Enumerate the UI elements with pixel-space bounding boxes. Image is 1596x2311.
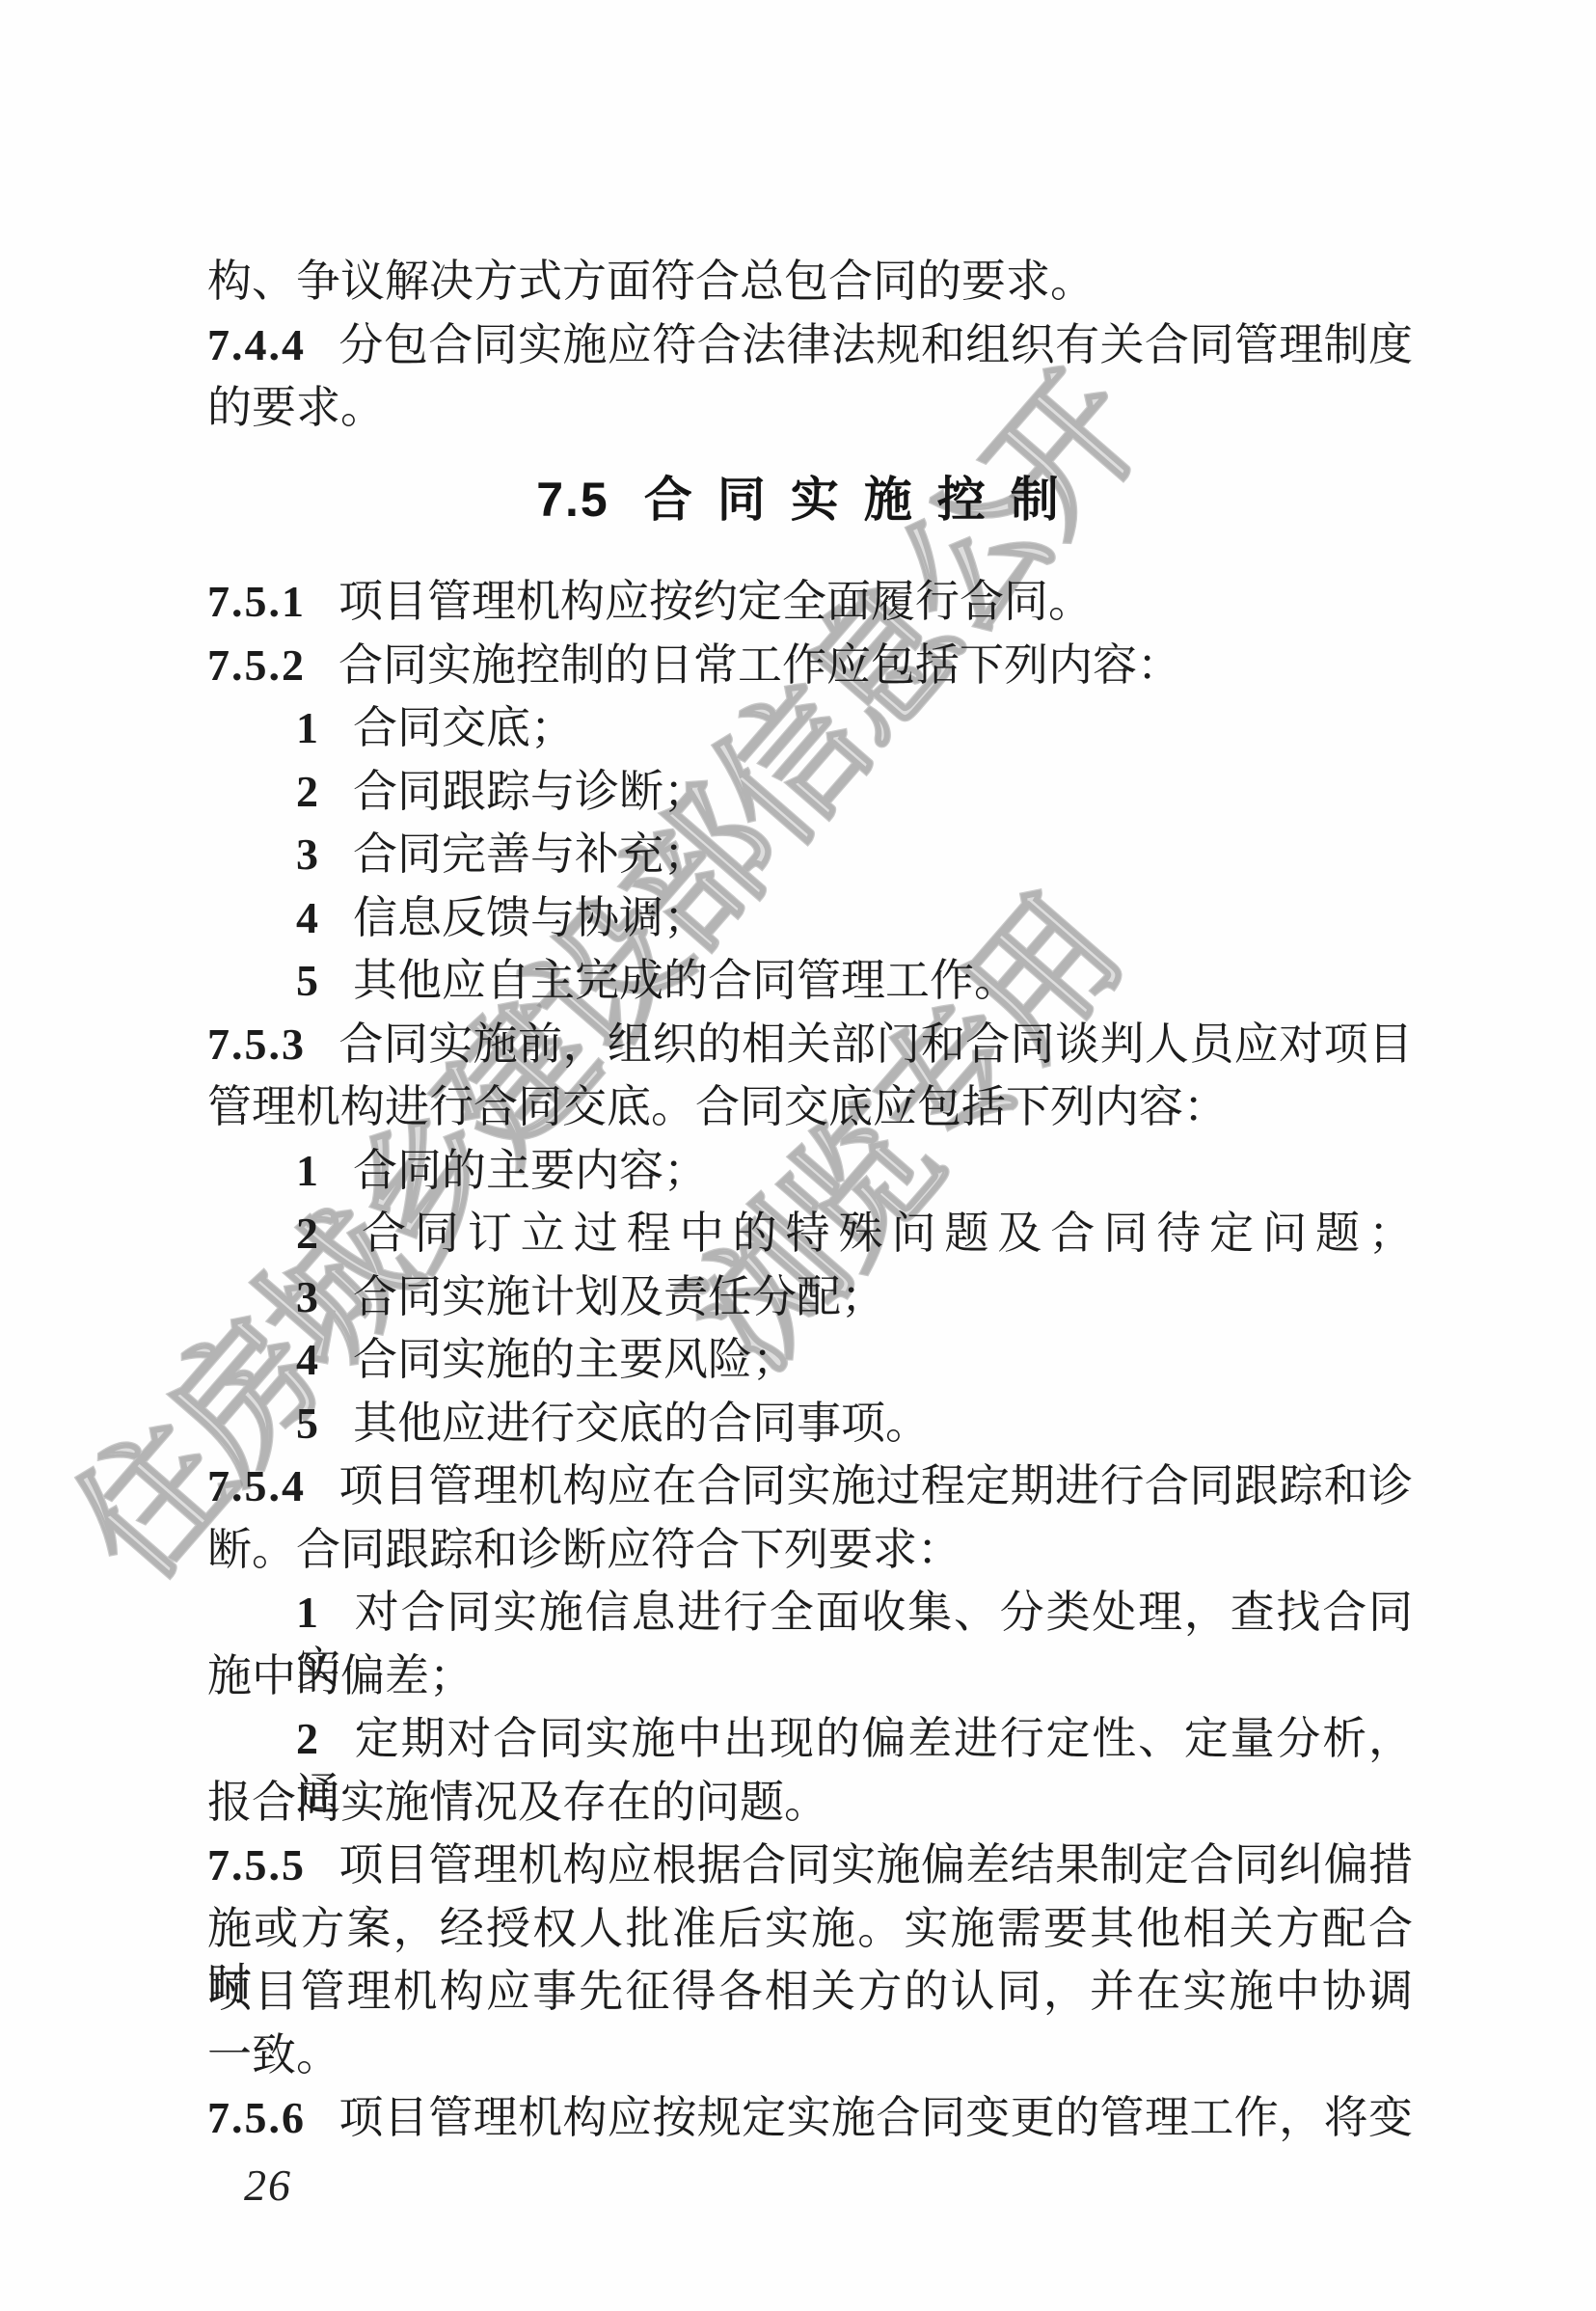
- page-number: 26: [244, 2159, 292, 2213]
- line-text: 合同实施控制的日常工作应包括下列内容：: [338, 640, 1181, 690]
- list-item-line: 3合同完善与补充；: [296, 827, 1413, 883]
- continuation-line: 构、争议解决方式方面符合总包合同的要求。: [207, 254, 1413, 310]
- line-text: 管理机构进行合同交底。合同交底应包括下列内容：: [207, 1082, 1228, 1131]
- clause-number: 7.5.6: [207, 2093, 306, 2142]
- item-number: 4: [296, 1335, 320, 1384]
- item-number: 5: [296, 1399, 320, 1448]
- item-number: 2: [296, 767, 320, 816]
- line-text: 断。合同跟踪和诊断应符合下列要求：: [207, 1525, 961, 1574]
- continuation-line: 断。合同跟踪和诊断应符合下列要求：: [207, 1522, 1413, 1578]
- line-text: 构、争议解决方式方面符合总包合同的要求。: [207, 257, 1095, 306]
- item-number: 1: [296, 1588, 320, 1637]
- item-number: 1: [296, 1146, 320, 1195]
- line-text: 施中的偏差；: [207, 1651, 473, 1700]
- clause-number: 7.5.4: [207, 1461, 306, 1510]
- clause-line: 7.5.6项目管理机构应按规定实施合同变更的管理工作，将变: [207, 2090, 1413, 2146]
- line-text: 分包合同实施应符合法律法规和组织有关合同管理制度: [338, 320, 1413, 369]
- continuation-line: 施中的偏差；: [207, 1648, 1413, 1704]
- line-text: 一致。: [207, 2030, 340, 2080]
- clause-line: 7.5.5项目管理机构应根据合同实施偏差结果制定合同纠偏措: [207, 1837, 1413, 1893]
- clause-line: 7.5.3合同实施前，组织的相关部门和合同谈判人员应对项目: [207, 1017, 1413, 1073]
- list-item-line: 2合同跟踪与诊断；: [296, 764, 1413, 820]
- line-text: 合同实施的主要风险；: [353, 1335, 797, 1384]
- line-text: 报合同实施情况及存在的问题。: [207, 1778, 828, 1827]
- list-item-line: 5其他应自主完成的合同管理工作。: [296, 953, 1413, 1009]
- list-item-line: 4信息反馈与协调；: [296, 890, 1413, 946]
- continuation-line: 的要求。: [207, 380, 1413, 436]
- list-item-line: 2合同订立过程中的特殊问题及合同待定问题；: [296, 1206, 1413, 1262]
- line-text: 项目管理机构应事先征得各相关方的认同，并在实施中协调: [207, 1967, 1413, 2016]
- line-text: 其他应自主完成的合同管理工作。: [353, 956, 1018, 1005]
- line-text: 合同订立过程中的特殊问题及合同待定问题；: [353, 1209, 1413, 1258]
- clause-number: 7.5.1: [207, 577, 306, 626]
- item-number: 3: [296, 829, 320, 879]
- clause-number: 7.5.5: [207, 1840, 306, 1890]
- clause-line: 7.5.2合同实施控制的日常工作应包括下列内容：: [207, 638, 1413, 693]
- section-title: 合同实施控制: [644, 473, 1084, 527]
- item-number: 1: [296, 703, 320, 752]
- clause-line: 7.4.4分包合同实施应符合法律法规和组织有关合同管理制度: [207, 317, 1413, 373]
- line-text: 合同实施计划及责任分配；: [353, 1272, 885, 1321]
- list-item-line: 5其他应进行交底的合同事项。: [296, 1396, 1413, 1452]
- line-text: 合同交底；: [353, 703, 575, 752]
- line-text: 信息反馈与协调；: [353, 893, 708, 942]
- list-item-line: 1合同的主要内容；: [296, 1143, 1413, 1199]
- continuation-line: 一致。: [207, 2027, 1413, 2083]
- item-number: 2: [296, 1714, 320, 1763]
- line-text: 合同完善与补充；: [353, 829, 708, 879]
- continuation-line: 项目管理机构应事先征得各相关方的认同，并在实施中协调: [207, 1964, 1413, 2020]
- clause-number: 7.4.4: [207, 320, 306, 369]
- line-text: 其他应进行交底的合同事项。: [353, 1399, 930, 1448]
- list-item-line: 3合同实施计划及责任分配；: [296, 1269, 1413, 1325]
- item-number: 5: [296, 956, 320, 1005]
- document-page: 住房城乡建设部信息公开 浏览专用 构、争议解决方式方面符合总包合同的要求。7.4…: [0, 0, 1596, 2311]
- line-text: 项目管理机构应根据合同实施偏差结果制定合同纠偏措: [338, 1840, 1413, 1890]
- section-heading: 7.5合同实施控制: [207, 473, 1413, 527]
- item-number: 3: [296, 1272, 320, 1321]
- continuation-line: 管理机构进行合同交底。合同交底应包括下列内容：: [207, 1079, 1413, 1135]
- line-text: 项目管理机构应按约定全面履行合同。: [338, 577, 1093, 626]
- item-number: 4: [296, 893, 320, 942]
- clause-line: 7.5.4项目管理机构应在合同实施过程定期进行合同跟踪和诊: [207, 1458, 1413, 1514]
- line-text: 合同跟踪与诊断；: [353, 767, 708, 816]
- clause-line: 7.5.1项目管理机构应按约定全面履行合同。: [207, 574, 1413, 630]
- line-text: 合同的主要内容；: [353, 1146, 708, 1195]
- item-number: 2: [296, 1209, 320, 1258]
- line-text: 项目管理机构应在合同实施过程定期进行合同跟踪和诊: [338, 1461, 1413, 1510]
- section-number: 7.5: [536, 473, 609, 527]
- continuation-line: 报合同实施情况及存在的问题。: [207, 1775, 1413, 1831]
- line-text: 项目管理机构应按规定实施合同变更的管理工作，将变: [338, 2093, 1413, 2142]
- clause-number: 7.5.3: [207, 1020, 306, 1069]
- line-text: 合同实施前，组织的相关部门和合同谈判人员应对项目: [338, 1020, 1413, 1069]
- list-item-line: 4合同实施的主要风险；: [296, 1332, 1413, 1388]
- clause-number: 7.5.2: [207, 640, 306, 690]
- list-item-line: 1合同交底；: [296, 700, 1413, 756]
- line-text: 的要求。: [207, 383, 385, 432]
